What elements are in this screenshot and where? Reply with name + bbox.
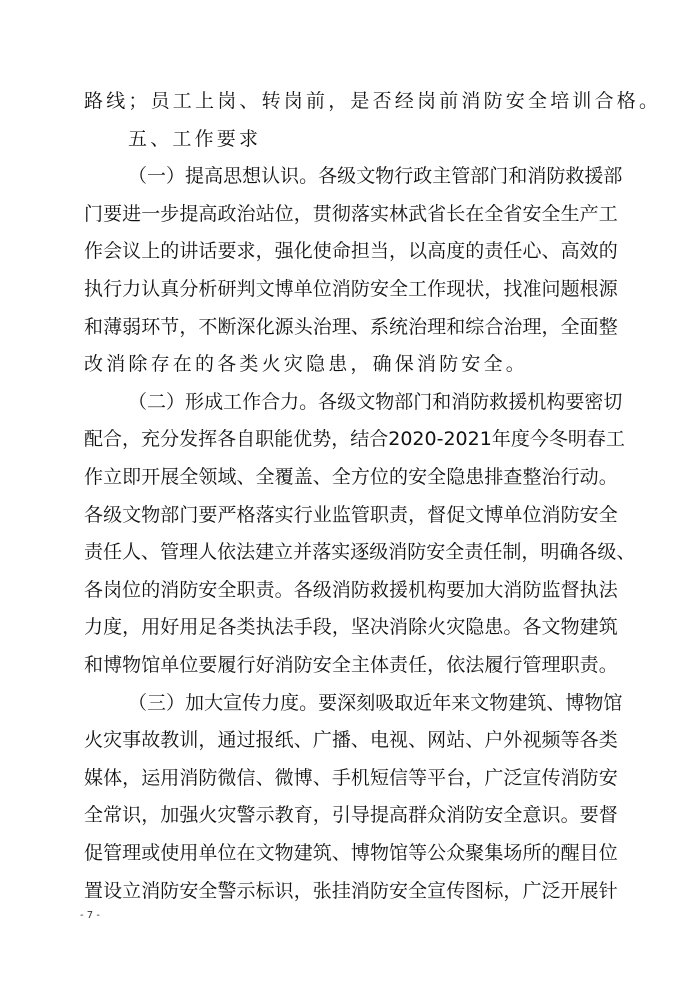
text-line: 全常识，加强火灾警示教育，引导提高群众消防安全意识。要督 <box>84 800 618 830</box>
text-line: 力度，用好用足各类执法手段，坚决消除火灾隐患。各文物建筑 <box>84 612 618 642</box>
text-line: 门要进一步提高政治站位，贯彻落实林武省长在全省安全生产工 <box>84 199 618 229</box>
text-line: 配合，充分发挥各自职能优势，结合2020-2021年度今冬明春工 <box>84 424 618 454</box>
text-line: 作会议上的讲话要求，强化使命担当，以高度的责任心、高效的 <box>84 236 618 266</box>
page-number: - 7 - <box>80 908 100 924</box>
document-page: 路线；员工上岗、转岗前，是否经岗前消防安全培训合格。五、工作要求（一）提高思想认… <box>0 0 700 989</box>
text-line: 和博物馆单位要履行好消防安全主体责任，依法履行管理职责。 <box>84 650 618 680</box>
text-line: 置设立消防安全警示标识，张挂消防安全宣传图标，广泛开展针 <box>84 876 618 906</box>
section-heading: 五、工作要求 <box>128 124 618 154</box>
text-line: （一）提高思想认识。各级文物行政主管部门和消防救援部 <box>128 161 618 191</box>
text-line: 和薄弱环节，不断深化源头治理、系统治理和综合治理，全面整 <box>84 312 618 342</box>
text-line: 作立即开展全领域、全覆盖、全方位的安全隐患排查整治行动。 <box>84 462 618 492</box>
text-line: （二）形成工作合力。各级文物部门和消防救援机构要密切 <box>128 387 618 417</box>
text-line: 各岗位的消防安全职责。各级消防救援机构要加大消防监督执法 <box>84 575 618 605</box>
text-line: 各级文物部门要严格落实行业监管职责，督促文博单位消防安全 <box>84 500 618 530</box>
text-line: 媒体，运用消防微信、微博、手机短信等平台，广泛宣传消防安 <box>84 763 618 793</box>
text-line: （三）加大宣传力度。要深刻吸取近年来文物建筑、博物馆 <box>128 688 618 718</box>
text-line: 火灾事故教训，通过报纸、广播、电视、网站、户外视频等各类 <box>84 725 618 755</box>
text-line: 改消除存在的各类火灾隐患，确保消防安全。 <box>84 349 618 379</box>
text-line: 执行力认真分析研判文博单位消防安全工作现状，找准问题根源 <box>84 274 618 304</box>
text-line: 路线；员工上岗、转岗前，是否经岗前消防安全培训合格。 <box>84 86 618 116</box>
text-line: 责任人、管理人依法建立并落实逐级消防安全责任制，明确各级、 <box>84 537 618 567</box>
text-line: 促管理或使用单位在文物建筑、博物馆等公众聚集场所的醒目位 <box>84 838 618 868</box>
